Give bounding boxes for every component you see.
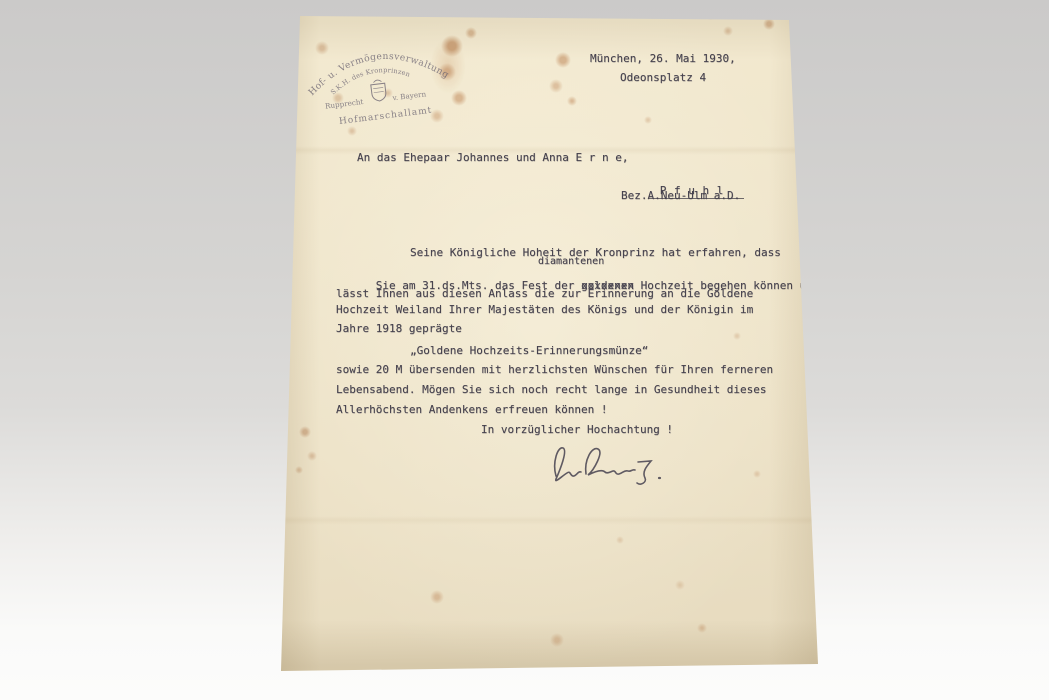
dateline-city-date: München, 26. Mai 1930, xyxy=(590,52,736,65)
recipient-district: Bez.A.Neu-Ulm a.D. xyxy=(621,189,740,202)
body-line-5: Jahre 1918 geprägte xyxy=(336,322,462,335)
stamp-bottom-text: Hofmarschallamt xyxy=(338,106,432,127)
photo-backdrop: Hof- u. Vermögensverwaltung S.K.H. des K… xyxy=(0,0,1049,700)
hofmarschallamt-stamp-icon: Hof- u. Vermögensverwaltung S.K.H. des K… xyxy=(292,17,463,140)
recipient-line: An das Ehepaar Johannes und Anna E r n e… xyxy=(357,151,629,164)
dateline-street: Odeonsplatz 4 xyxy=(620,71,706,84)
body-line-6-medal-name: „Goldene Hochzeits-Erinnerungsmünze“ xyxy=(410,344,648,357)
stamp-crest-icon xyxy=(370,79,386,102)
stamp-name-left: Rupprecht xyxy=(324,97,363,111)
stamp-name-right: v. Bayern xyxy=(391,89,427,102)
body-line-4: Hochzeit Weiland Ihrer Majestäten des Kö… xyxy=(336,303,753,316)
body-line-7: sowie 20 M übersenden mit herzlichsten W… xyxy=(336,363,773,376)
handwritten-signature xyxy=(542,436,682,496)
body-line-3: lässt Ihnen aus diesen Anlass die zur Er… xyxy=(336,287,753,300)
body-line-9: Allerhöchsten Andenkens erfreuen können … xyxy=(336,403,608,416)
body-line-8: Lebensabend. Mögen Sie sich noch recht l… xyxy=(336,383,766,396)
closing-line: In vorzüglicher Hochachtung ! xyxy=(481,423,673,436)
letter-paper: Hof- u. Vermögensverwaltung S.K.H. des K… xyxy=(0,0,1049,700)
